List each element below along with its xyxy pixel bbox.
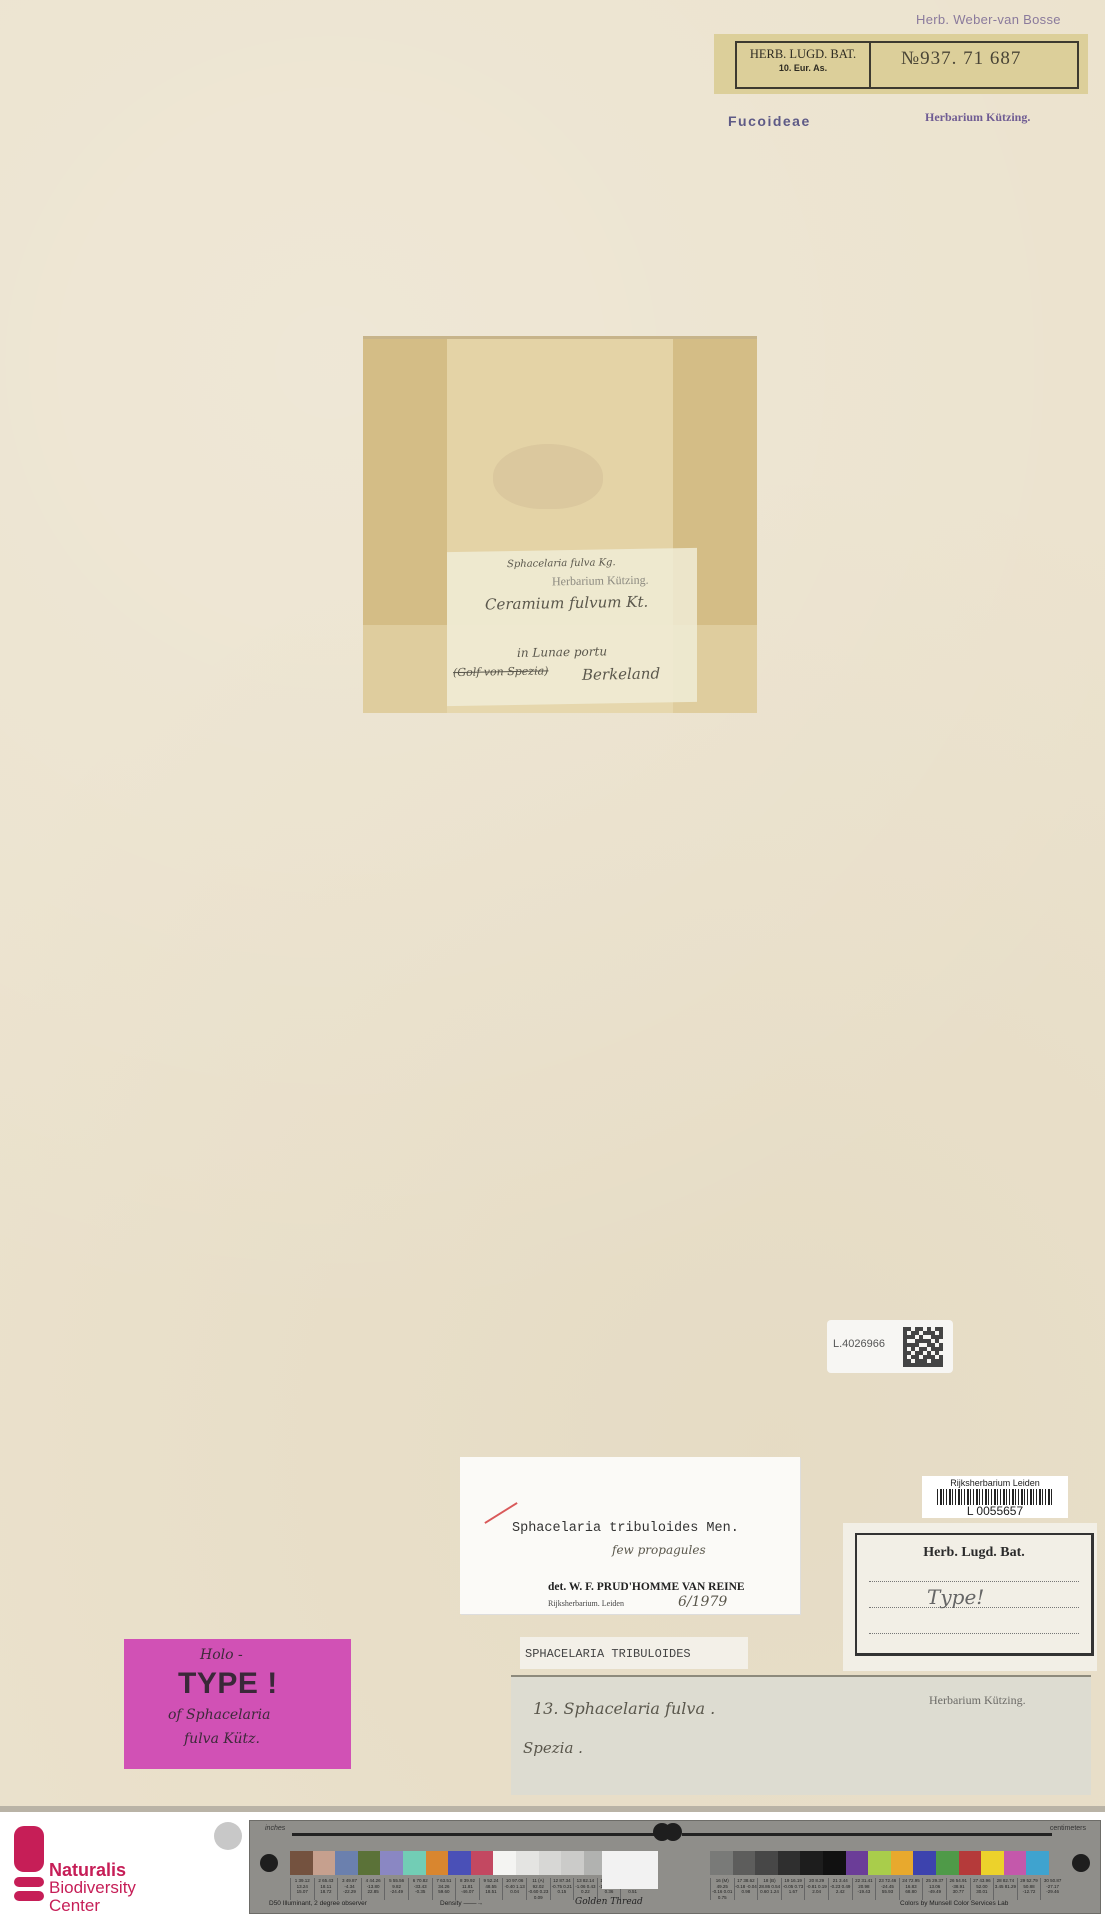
patch-values: 18 (B) 28.86 0.54 0.60 1.24 [757,1878,781,1900]
holotype-name: fulva Kütz. [184,1731,260,1747]
values-right: 16 (M) 49.25 -0.16 0.01 0.7517 38.62 -0.… [710,1878,1064,1900]
patch-values: 17 38.62 -0.18 -0.04 0.98 [734,1878,758,1900]
qr-code-icon [903,1327,943,1367]
color-patch [313,1851,336,1875]
color-patch [426,1851,449,1875]
original-label-stamp: Herbarium Kützing. [552,573,649,590]
density-label: Density ——→ [440,1900,483,1907]
original-label-line2: Ceramium fulvum Kt. [485,593,648,614]
color-patch [380,1851,403,1875]
munsell-credit: Colors by Munsell Color Services Lab [900,1900,1008,1907]
kutzing-label-line1: 13. Sphacelaria fulva . [533,1699,715,1718]
patch-values: 27 43.96 52.00 30.01 [970,1878,994,1900]
color-patch [800,1851,823,1875]
herb-lugd-bat-box: Herb. Lugd. Bat. Type! [855,1533,1094,1656]
dotted-line [869,1633,1079,1634]
color-patch [471,1851,494,1875]
patch-values: 30 50.87 -27.17 -29.46 [1040,1878,1064,1900]
color-patch [733,1851,756,1875]
patch-values: 24 72.95 16.83 68.80 [899,1878,923,1900]
cm-ruler [682,1833,1052,1844]
patch-values: 22 31.41 20.98 -19.43 [852,1878,876,1900]
color-patch [1004,1851,1027,1875]
patch-values: 7 63.51 34.26 59.60 [432,1878,456,1900]
patch-values: 26 54.91 -38.91 30.77 [946,1878,970,1900]
color-patch [516,1851,539,1875]
color-patch [358,1851,381,1875]
patch-values: 4 44.26 -13.80 22.85 [361,1878,385,1900]
color-patch [868,1851,891,1875]
target-hole-icon [260,1854,278,1872]
patch-values: 28 82.74 3.45 81.29 [993,1878,1017,1900]
target-hole-icon [664,1823,682,1841]
determination-institution: Rijksherbarium. Leiden [548,1599,624,1608]
original-label-line3: in Lunae portu [517,644,607,660]
color-patch [290,1851,313,1875]
accession-institution: HERB. LUGD. BAT. 10. Eur. As. [737,43,871,87]
patch-values: 21 3.44 -0.23 0.49 2.42 [828,1878,852,1900]
color-patch [755,1851,778,1875]
barcode-number: L 0055657 [922,1505,1068,1517]
holotype-label: Holo - TYPE ! of Sphacelaria fulva Kütz. [124,1639,351,1769]
original-label-line4: (Golf von Spezia) [453,664,548,679]
inches-label: inches [265,1825,285,1832]
color-patch [448,1851,471,1875]
herb-lugd-bat-title: Herb. Lugd. Bat. [857,1545,1091,1561]
barcode-institution: Rijksherbarium Leiden [922,1478,1068,1488]
naturalis-n-icon [14,1826,44,1872]
accession-number: №937. 71 687 [871,43,1077,87]
color-patch [936,1851,959,1875]
dotted-line [869,1581,1079,1582]
color-patch [335,1851,358,1875]
color-patch [913,1851,936,1875]
kutzing-label: 13. Sphacelaria fulva . Spezia . Herbari… [511,1675,1091,1795]
stamp-fucoideae: Fucoideae [728,113,811,129]
kutzing-label-stamp: Herbarium Kützing. [929,1693,1026,1708]
grey-reference-dot [214,1822,242,1850]
herb-lugd-bat-label: Herb. Lugd. Bat. Type! [843,1523,1097,1671]
barcode-label: Rijksherbarium Leiden L 0055657 [922,1476,1068,1518]
centimeters-label: centimeters [1050,1825,1086,1832]
patches-right [710,1851,1049,1875]
patch-values: 25 29.37 13.06 -49.49 [922,1878,946,1900]
holotype-holo: Holo - [200,1647,243,1663]
specimen [493,444,603,509]
patch-values: 10 97.06 -0.40 1.13 0.04 [502,1878,526,1900]
barcode-icon [937,1489,1053,1505]
patch-values: 29 52.79 50.88 -12.72 [1017,1878,1041,1900]
determination-label: Sphacelaria tribuloides Men. few propagu… [460,1457,800,1614]
patch-values: 12 87.34 -0.75 0.21 0.15 [550,1878,574,1900]
determination-note: few propagules [612,1543,706,1557]
accession-number-box: HERB. LUGD. BAT. 10. Eur. As. №937. 71 6… [735,41,1079,89]
patch-values: 8 39.92 11.81 -46.07 [455,1878,479,1900]
patch-values: 9 52.24 48.55 18.51 [479,1878,503,1900]
patch-values: 1 39.12 13.24 15.07 [290,1878,314,1900]
color-patch [778,1851,801,1875]
illuminant-text: D50 Illuminant, 2 degree observer [269,1900,367,1907]
determination-name: Sphacelaria tribuloides Men. [512,1521,739,1536]
logo-biodiversity: Biodiversity [49,1878,136,1898]
accession-number-label: HERB. LUGD. BAT. 10. Eur. As. №937. 71 6… [714,34,1088,94]
resolution-ladder [602,1851,658,1889]
holotype-type: TYPE ! [178,1667,278,1701]
patch-values: 19 16.19 -0.05 0.73 1.67 [781,1878,805,1900]
naturalis-bar-icon [14,1877,44,1887]
determination-date: 6/1979 [678,1594,727,1610]
logo-center: Center [49,1896,100,1916]
color-patch [846,1851,869,1875]
color-patch [891,1851,914,1875]
patch-values: 23 72.46 -24.45 55.93 [875,1878,899,1900]
patch-values: 2 65.43 18.11 18.72 [314,1878,338,1900]
color-patch [1026,1851,1049,1875]
determiner: det. W. F. PRUD'HOMME VAN REINE [548,1581,745,1593]
type-handwritten: Type! [927,1585,984,1609]
color-patch [493,1851,516,1875]
patch-values: 16 (M) 49.25 -0.16 0.01 0.75 [710,1878,734,1900]
sheet-edge [0,1806,1105,1812]
inch-ruler [292,1833,662,1844]
holotype-of: of Sphacelaria [168,1707,270,1723]
color-patch [561,1851,584,1875]
golden-thread-brand: Golden Thread [575,1897,643,1907]
qr-label: L.4026966 [827,1320,953,1373]
kutzing-label-line2: Spezia . [523,1739,583,1757]
original-label-collector: Berkeland [582,664,660,683]
color-patch [959,1851,982,1875]
patch-values: 5 55.56 9.82 -24.49 [384,1878,408,1900]
original-label: Sphacelaria fulva Kg. Herbarium Kützing.… [447,548,697,706]
stamp-weber-van-bosse: Herb. Weber-van Bosse [916,12,1061,27]
target-hole-icon [1072,1854,1090,1872]
patch-values: 3 49.87 -4.34 -22.29 [337,1878,361,1900]
patch-values: 20 8.29 -0.81 0.19 2.04 [804,1878,828,1900]
color-target: inches centimeters 1 39.12 13.24 15.072 … [249,1820,1101,1914]
original-label-line1: Sphacelaria fulva Kg. [507,557,616,570]
qr-label-id: L.4026966 [833,1338,885,1350]
color-patch [981,1851,1004,1875]
institution-text: HERB. LUGD. BAT. [737,47,869,62]
naturalis-bar-icon [14,1891,44,1901]
color-patch [823,1851,846,1875]
specimen-packet: Sphacelaria fulva Kg. Herbarium Kützing.… [363,336,757,713]
sphacelaria-tribuloides-label: SPHACELARIA TRIBULOIDES [520,1637,748,1669]
color-patch [403,1851,426,1875]
sphacelaria-tribuloides-text: SPHACELARIA TRIBULOIDES [525,1647,748,1661]
section-text: 10. Eur. As. [737,63,869,73]
stamp-herbarium-kutzing: Herbarium Kützing. [925,110,1030,125]
color-patch [710,1851,733,1875]
color-patch [539,1851,562,1875]
patch-values: 6 70.82 -33.43 -0.35 [408,1878,432,1900]
patch-values: 11 (A) 92.02 -0.60 0.23 0.09 [526,1878,550,1900]
patches-left [290,1851,629,1875]
